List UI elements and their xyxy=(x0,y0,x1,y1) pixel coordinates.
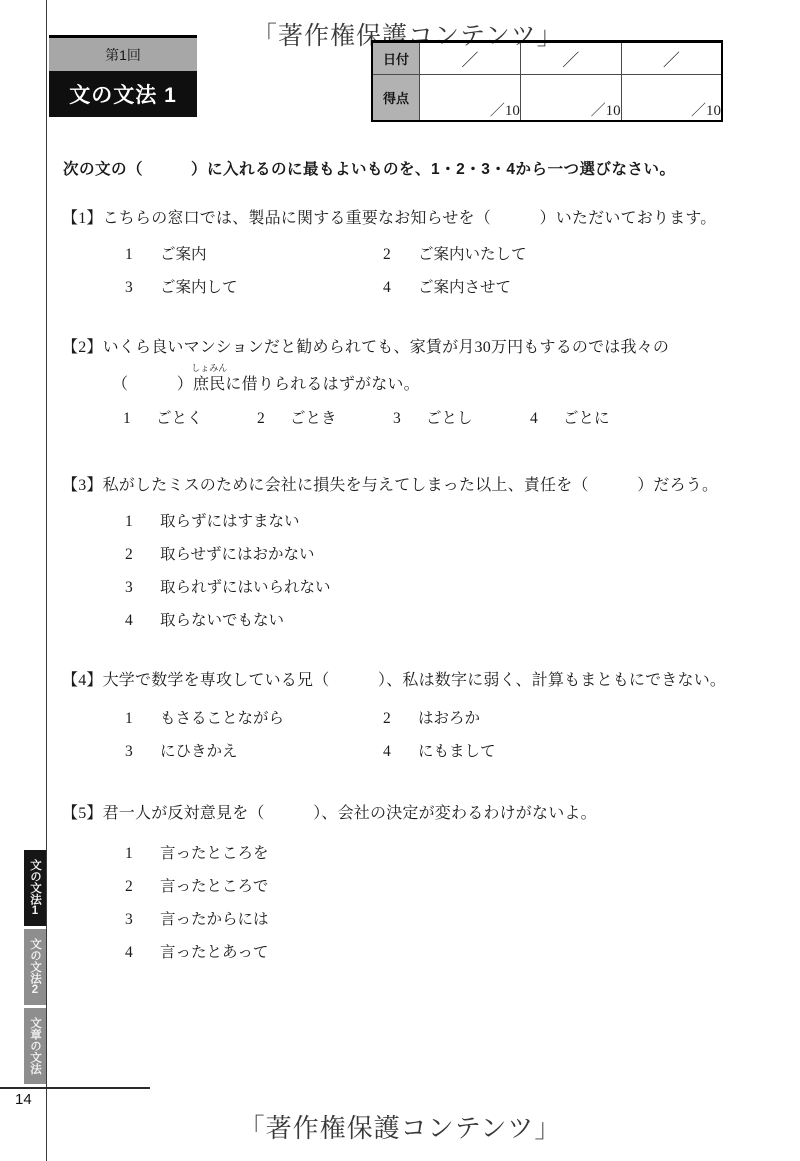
option-text: にひきかえ xyxy=(160,743,238,760)
score-cell-3: ／10 xyxy=(621,75,722,121)
question-1-option-1: 1ご案内 xyxy=(125,242,207,264)
lesson-header: 第1回 文の文法 1 xyxy=(49,35,197,117)
score-cell-2: ／10 xyxy=(520,75,621,121)
question-2-line2-pre: （ ） xyxy=(112,376,193,393)
question-5-option-3: 3言ったからには xyxy=(125,907,269,929)
question-2-line2: （ ）しょみん庶民に借りられるはずがない。 xyxy=(112,371,420,394)
ruby-base: 庶民 xyxy=(193,376,225,393)
option-number: 4 xyxy=(530,410,563,428)
question-4-head: 【4】大学で数学を専攻している兄（ ）、私は数字に弱く、計算もまともにできない。 xyxy=(62,667,726,690)
score-table-date-row: 日付 ／ ／ ／ xyxy=(372,42,722,75)
question-1-number: 【1】 xyxy=(62,210,103,227)
date-cell-3: ／ xyxy=(621,42,722,75)
option-text: ご案内 xyxy=(160,246,207,263)
date-cell-1: ／ xyxy=(420,42,521,75)
option-number: 2 xyxy=(383,246,418,264)
question-2-option-2: 2ごとき xyxy=(257,406,337,428)
question-2-line1: いくら良いマンションだと勧められても、家賃が月30万円もするのでは我々の xyxy=(103,339,669,356)
option-text: ご案内して xyxy=(160,279,238,296)
question-3-option-4: 4取らないでもない xyxy=(125,608,284,630)
option-text: 言ったところを xyxy=(160,845,269,862)
option-text: 言ったところで xyxy=(160,878,268,895)
question-3-text: 私がしたミスのために会社に損失を与えてしまった以上、責任を（ ）だろう。 xyxy=(103,477,719,494)
question-5-option-2: 2言ったところで xyxy=(125,874,268,896)
option-number: 4 xyxy=(383,743,418,761)
question-3-option-1: 1取らずにはすまない xyxy=(125,509,300,531)
question-2-option-4: 4ごとに xyxy=(530,406,610,428)
score-cell-1: ／10 xyxy=(420,75,521,121)
score-table-score-row: 得点 ／10 ／10 ／10 xyxy=(372,75,722,121)
round-label: 第1回 xyxy=(49,38,197,71)
footer-rule-line xyxy=(0,1087,150,1089)
option-text: 取られずにはいられない xyxy=(160,579,331,596)
question-4-option-3: 3にひきかえ xyxy=(125,739,238,761)
option-text: もさることながら xyxy=(160,710,284,727)
question-5-option-4: 4言ったとあって xyxy=(125,940,268,962)
question-2-head: 【2】いくら良いマンションだと勧められても、家賃が月30万円もするのでは我々の xyxy=(62,334,669,357)
question-2-option-3: 3ごとし xyxy=(393,406,473,428)
question-4-number: 【4】 xyxy=(62,672,103,689)
option-number: 1 xyxy=(125,845,160,863)
option-text: ご案内いたして xyxy=(418,246,527,263)
option-number: 3 xyxy=(125,579,160,597)
option-number: 2 xyxy=(257,410,290,428)
option-number: 1 xyxy=(125,246,160,264)
option-text: 取らせずにはおかない xyxy=(160,546,315,563)
question-1-option-4: 4ご案内させて xyxy=(383,275,511,297)
option-text: 取らないでもない xyxy=(160,612,284,629)
worksheet-page: 「著作権保護コンテンツ」 第1回 文の文法 1 日付 ／ ／ ／ 得点 ／10 … xyxy=(0,0,800,1161)
sidebar-tab-bunsho-no-bunpo: 文章の文法 xyxy=(24,1008,46,1084)
question-3-option-3: 3取られずにはいられない xyxy=(125,575,331,597)
date-label: 日付 xyxy=(372,42,420,75)
option-text: ご案内させて xyxy=(418,279,511,296)
question-1-text: こちらの窓口では、製品に関する重要なお知らせを（ ）いただいております。 xyxy=(103,210,717,227)
option-text: ごとに xyxy=(563,410,610,427)
copyright-watermark-bottom: 「著作権保護コンテンツ」 xyxy=(239,1108,562,1145)
option-number: 4 xyxy=(383,279,418,297)
sidebar-tab-bun-no-bunpo-1: 文の文法1 xyxy=(24,850,46,926)
question-2-option-1: 1ごとく xyxy=(123,406,203,428)
question-5-option-1: 1言ったところを xyxy=(125,841,269,863)
page-number: 14 xyxy=(15,1091,32,1108)
ruby-term: しょみん庶民 xyxy=(193,371,225,394)
question-1-option-3: 3ご案内して xyxy=(125,275,238,297)
sidebar-tab-bun-no-bunpo-2: 文の文法2 xyxy=(24,929,46,1005)
furigana: しょみん xyxy=(191,361,227,374)
option-number: 4 xyxy=(125,612,160,630)
option-text: ごとき xyxy=(290,410,337,427)
score-table: 日付 ／ ／ ／ 得点 ／10 ／10 ／10 xyxy=(371,40,723,122)
option-number: 1 xyxy=(125,710,160,728)
question-5-head: 【5】君一人が反対意見を（ ）、会社の決定が変わるわけがないよ。 xyxy=(62,800,597,823)
option-number: 2 xyxy=(125,546,160,564)
page-left-rule-line xyxy=(46,0,47,1161)
question-3-number: 【3】 xyxy=(62,477,103,494)
option-number: 1 xyxy=(123,410,156,428)
question-3-head: 【3】私がしたミスのために会社に損失を与えてしまった以上、責任を（ ）だろう。 xyxy=(62,472,718,495)
question-1-head: 【1】こちらの窓口では、製品に関する重要なお知らせを（ ）いただいております。 xyxy=(62,205,716,228)
option-text: ごとく xyxy=(156,410,203,427)
question-4-option-1: 1もさることながら xyxy=(125,706,284,728)
question-4-text: 大学で数学を専攻している兄（ ）、私は数字に弱く、計算もまともにできない。 xyxy=(103,672,726,689)
question-2-line2-post: に借りられるはずがない。 xyxy=(225,376,419,393)
option-text: にもまして xyxy=(418,743,496,760)
option-number: 3 xyxy=(393,410,426,428)
score-label: 得点 xyxy=(372,75,420,121)
question-4-option-4: 4にもまして xyxy=(383,739,496,761)
option-number: 1 xyxy=(125,513,160,531)
option-number: 2 xyxy=(383,710,418,728)
option-text: ごとし xyxy=(426,410,473,427)
question-5-number: 【5】 xyxy=(62,805,103,822)
option-number: 3 xyxy=(125,279,160,297)
question-2-number: 【2】 xyxy=(62,339,103,356)
date-cell-2: ／ xyxy=(520,42,621,75)
question-5-text: 君一人が反対意見を（ ）、会社の決定が変わるわけがないよ。 xyxy=(103,805,597,822)
question-3-option-2: 2取らせずにはおかない xyxy=(125,542,315,564)
option-number: 4 xyxy=(125,944,160,962)
question-4-option-2: 2はおろか xyxy=(383,706,480,728)
option-text: はおろか xyxy=(418,710,480,727)
option-number: 3 xyxy=(125,743,160,761)
option-text: 言ったとあって xyxy=(160,944,268,961)
option-text: 言ったからには xyxy=(160,911,269,928)
section-title: 文の文法 1 xyxy=(49,71,197,117)
option-text: 取らずにはすまない xyxy=(160,513,300,530)
option-number: 3 xyxy=(125,911,160,929)
option-number: 2 xyxy=(125,878,160,896)
question-1-option-2: 2ご案内いたして xyxy=(383,242,527,264)
instruction-text: 次の文の（ ）に入れるのに最もよいものを、1・2・3・4から一つ選びなさい。 xyxy=(63,157,675,179)
